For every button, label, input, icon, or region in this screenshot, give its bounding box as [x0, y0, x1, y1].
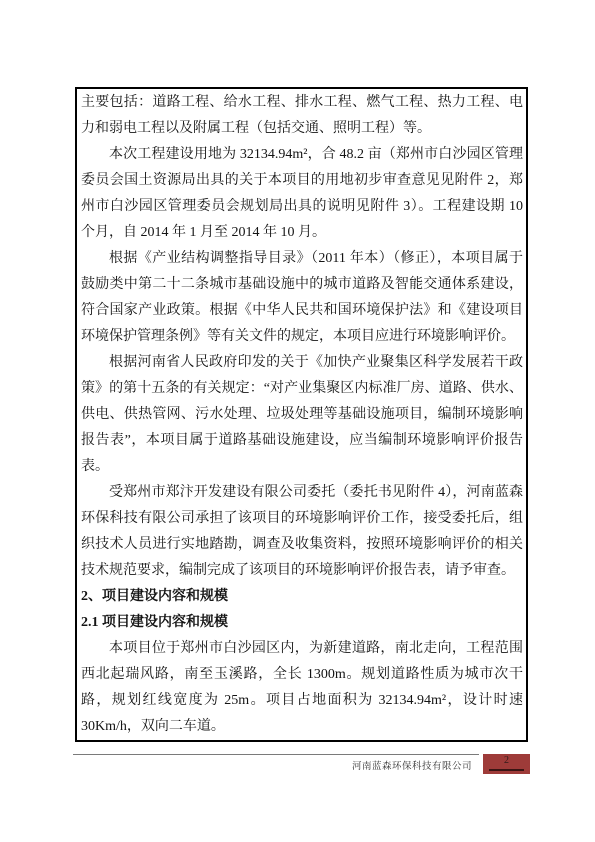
badge-underline [489, 769, 524, 771]
footer-company-name: 河南蓝森环保科技有限公司 [352, 758, 472, 772]
heading-section-2-1: 2.1 项目建设内容和规模 [81, 610, 523, 636]
page-number-badge: 2 [483, 754, 530, 774]
paragraph-land-use: 本次工程建设用地为 32134.94m²，合 48.2 亩（郑州市白沙园区管理委… [81, 142, 523, 246]
paragraph-investment: 工程总投资为 2600 万元。 [81, 740, 523, 742]
footer-divider [73, 754, 479, 755]
heading-section-2: 2、项目建设内容和规模 [81, 584, 523, 610]
paragraph-policy-catalog: 根据《产业结构调整指导目录》（2011 年本）（修正），本项目属于鼓励类中第二十… [81, 246, 523, 350]
page-number: 2 [483, 755, 530, 767]
paragraph-intro-continuation: 主要包括：道路工程、给水工程、排水工程、燃气工程、热力工程、电力和弱电工程以及附… [81, 90, 523, 142]
paragraph-commission: 受郑州市郑汴开发建设有限公司委托（委托书见附件 4），河南蓝森环保科技有限公司承… [81, 480, 523, 584]
content-table: 主要包括：道路工程、给水工程、排水工程、燃气工程、热力工程、电力和弱电工程以及附… [75, 87, 528, 742]
paragraph-henan-policy: 根据河南省人民政府印发的关于《加快产业聚集区科学发展若干政策》的第十五条的有关规… [81, 350, 523, 480]
paragraph-project-location: 本项目位于郑州市白沙园区内，为新建道路，南北走向，工程范围西北起瑞风路，南至玉溪… [81, 636, 523, 740]
document-page: 主要包括：道路工程、给水工程、排水工程、燃气工程、热力工程、电力和弱电工程以及附… [0, 0, 595, 842]
